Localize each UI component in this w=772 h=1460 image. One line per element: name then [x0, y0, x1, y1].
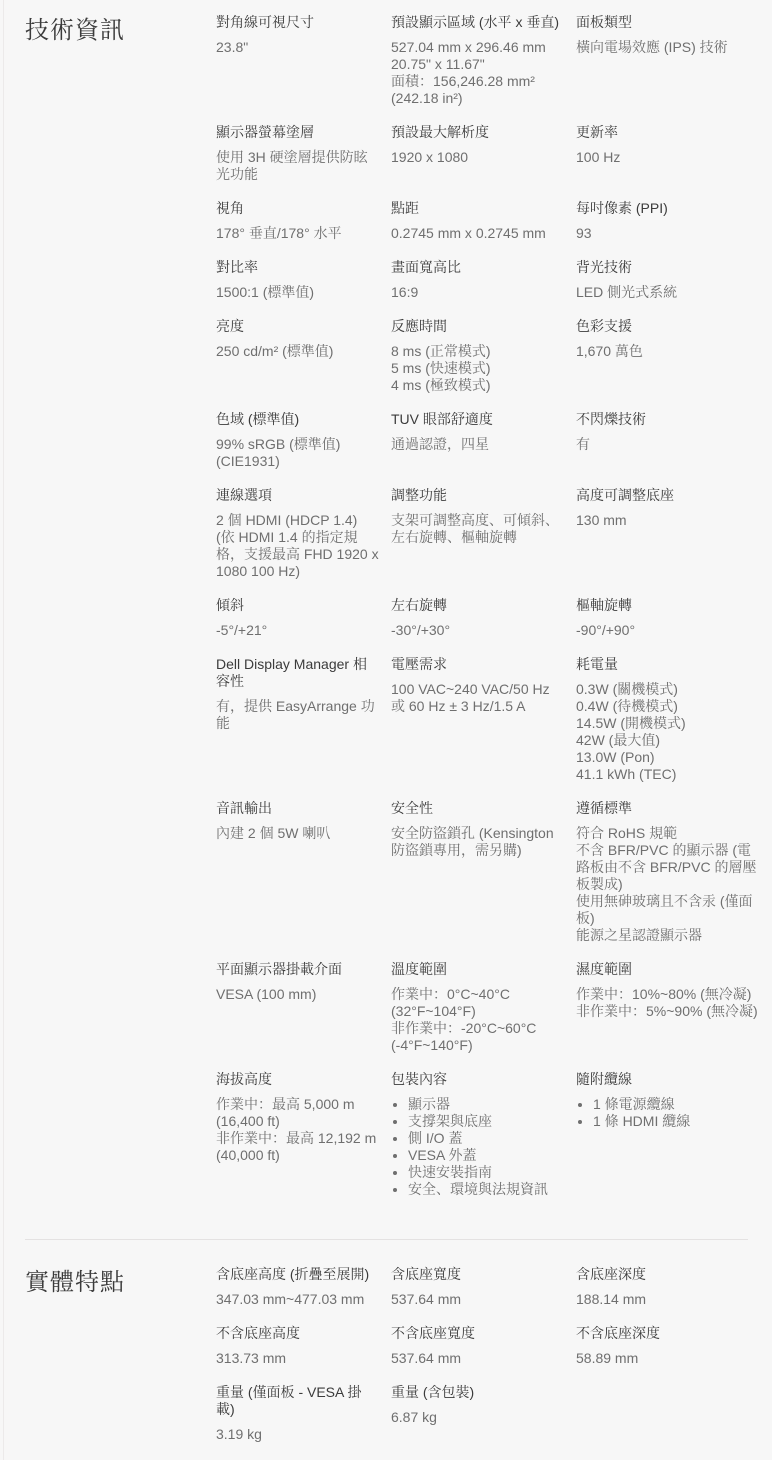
spec-value-line: VESA (100 mm) — [216, 986, 379, 1003]
spec-item: 預設最大解析度1920 x 1080 — [391, 124, 576, 183]
spec-value: 93 — [576, 225, 760, 242]
spec-bullet-list: 顯示器支撐架與底座側 I/O 蓋VESA 外蓋快速安裝指南安全、環境與法規資訊 — [391, 1096, 564, 1198]
spec-value-line: 面積：156,246.28 mm² (242.18 in²) — [391, 73, 564, 107]
spec-label: 背光技術 — [576, 259, 760, 276]
spec-item: 每吋像素 (PPI)93 — [576, 200, 772, 259]
spec-value-line: 2 個 HDMI (HDCP 1.4) (依 HDMI 1.4 的指定規格，支援… — [216, 512, 379, 580]
spec-value: -5°/+21° — [216, 622, 379, 639]
spec-value-line: 非作業中：-20°C~60°C (-4°F~140°F) — [391, 1020, 564, 1054]
spec-value-line: 符合 RoHS 規範 — [576, 825, 760, 842]
spec-value: 313.73 mm — [216, 1350, 379, 1367]
spec-value-line: 20.75" x 11.67" — [391, 56, 564, 73]
spec-value: -90°/+90° — [576, 622, 760, 639]
spec-item — [576, 1384, 772, 1401]
page-left-edge — [3, 0, 4, 1460]
spec-bullet-item: 1 條 HDMI 纜線 — [593, 1113, 760, 1130]
spec-value: 安全防盜鎖孔 (Kensington 防盜鎖專用，需另購) — [391, 825, 564, 859]
spec-rows-physical: 含底座高度 (折疊至展開)347.03 mm~477.03 mm含底座寬度537… — [216, 1266, 772, 1460]
spec-label: 不閃爍技術 — [576, 411, 760, 428]
spec-value-line: 527.04 mm x 296.46 mm — [391, 39, 564, 56]
spec-item: 海拔高度作業中：最高 5,000 m (16,400 ft)非作業中：最高 12… — [216, 1071, 391, 1181]
spec-value-line: 1,670 萬色 — [576, 343, 760, 360]
spec-bullet-list: 1 條電源纜線1 條 HDMI 纜線 — [576, 1096, 760, 1130]
spec-value: 23.8" — [216, 39, 379, 56]
spec-label: 含底座寬度 — [391, 1266, 564, 1283]
spec-value-line: 93 — [576, 225, 760, 242]
spec-row: 不含底座高度313.73 mm不含底座寬度537.64 mm不含底座深度58.8… — [216, 1325, 772, 1384]
spec-value-line: 347.03 mm~477.03 mm — [216, 1291, 379, 1308]
spec-value-line: 14.5W (開機模式) — [576, 715, 760, 732]
spec-item: 對比率1500:1 (標準值) — [216, 259, 391, 318]
spec-value-line: -30°/+30° — [391, 622, 564, 639]
spec-row: 對角線可視尺寸23.8"預設顯示區域 (水平 x 垂直)527.04 mm x … — [216, 14, 772, 124]
spec-item: 音訊輸出內建 2 個 5W 喇叭 — [216, 800, 391, 859]
section-title-physical: 實體特點 — [0, 1266, 216, 1298]
spec-value-line: 13.0W (Pon) — [576, 749, 760, 766]
section-title-technical: 技術資訊 — [0, 14, 216, 46]
spec-value: 6.87 kg — [391, 1409, 564, 1426]
spec-item: 重量 (僅面板 - VESA 掛載)3.19 kg — [216, 1384, 391, 1460]
spec-value-line: 6.87 kg — [391, 1409, 564, 1426]
spec-row: 海拔高度作業中：最高 5,000 m (16,400 ft)非作業中：最高 12… — [216, 1071, 772, 1215]
spec-value-line: 能源之星認證顯示器 — [576, 927, 760, 944]
spec-value-line: 4 ms (極致模式) — [391, 377, 564, 394]
spec-value-line: 130 mm — [576, 512, 760, 529]
spec-value-line: 作業中：最高 5,000 m (16,400 ft) — [216, 1096, 379, 1130]
spec-row: 亮度250 cd/m² (標準值)反應時間8 ms (正常模式)5 ms (快速… — [216, 318, 772, 411]
spec-value-line: 3.19 kg — [216, 1426, 379, 1443]
spec-item: 濕度範圍作業中：10%~80% (無冷凝)非作業中：5%~90% (無冷凝) — [576, 961, 772, 1037]
spec-value: 3.19 kg — [216, 1426, 379, 1443]
spec-value-line: -5°/+21° — [216, 622, 379, 639]
spec-item: 電壓需求100 VAC~240 VAC/50 Hz 或 60 Hz ± 3 Hz… — [391, 656, 576, 732]
spec-label: 不含底座深度 — [576, 1325, 760, 1342]
spec-label: 對比率 — [216, 259, 379, 276]
spec-item: 不含底座高度313.73 mm — [216, 1325, 391, 1384]
spec-value-line: 非作業中：最高 12,192 m (40,000 ft) — [216, 1130, 379, 1164]
spec-item: 含底座寬度537.64 mm — [391, 1266, 576, 1325]
spec-value-line: 非作業中：5%~90% (無冷凝) — [576, 1003, 760, 1020]
spec-value: 有，提供 EasyArrange 功能 — [216, 698, 379, 732]
spec-label: 反應時間 — [391, 318, 564, 335]
spec-item: 樞軸旋轉-90°/+90° — [576, 597, 772, 656]
spec-value-line: 0.3W (關機模式) — [576, 681, 760, 698]
spec-item: 點距0.2745 mm x 0.2745 mm — [391, 200, 576, 259]
spec-label: 顯示器螢幕塗層 — [216, 124, 379, 141]
spec-label: 包裝內容 — [391, 1071, 564, 1088]
spec-value-line: 橫向電場效應 (IPS) 技術 — [576, 39, 760, 56]
spec-value-line: LED 側光式系統 — [576, 284, 760, 301]
spec-label: 點距 — [391, 200, 564, 217]
spec-value-line: 100 Hz — [576, 149, 760, 166]
spec-item: 不含底座寬度537.64 mm — [391, 1325, 576, 1384]
spec-value: 188.14 mm — [576, 1291, 760, 1308]
spec-item: 連線選項2 個 HDMI (HDCP 1.4) (依 HDMI 1.4 的指定規… — [216, 487, 391, 597]
spec-item: 耗電量0.3W (關機模式)0.4W (待機模式)14.5W (開機模式)42W… — [576, 656, 772, 800]
spec-value-line: 作業中：0°C~40°C (32°F~104°F) — [391, 986, 564, 1020]
spec-label: 不含底座寬度 — [391, 1325, 564, 1342]
spec-value-line: 313.73 mm — [216, 1350, 379, 1367]
spec-item: 顯示器螢幕塗層使用 3H 硬塗層提供防眩光功能 — [216, 124, 391, 200]
spec-item: 更新率100 Hz — [576, 124, 772, 183]
spec-value: -30°/+30° — [391, 622, 564, 639]
spec-label: 溫度範圍 — [391, 961, 564, 978]
spec-value-line: 58.89 mm — [576, 1350, 760, 1367]
spec-value: 58.89 mm — [576, 1350, 760, 1367]
spec-label: 海拔高度 — [216, 1071, 379, 1088]
spec-label: 濕度範圍 — [576, 961, 760, 978]
spec-value-line: 使用 3H 硬塗層提供防眩光功能 — [216, 149, 379, 183]
spec-row: 視角178° 垂直/178° 水平點距0.2745 mm x 0.2745 mm… — [216, 200, 772, 259]
spec-value: 99% sRGB (標準值) (CIE1931) — [216, 436, 379, 470]
spec-label: 左右旋轉 — [391, 597, 564, 614]
spec-label: 畫面寬高比 — [391, 259, 564, 276]
spec-label: 遵循標準 — [576, 800, 760, 817]
spec-item: 調整功能支架可調整高度、可傾斜、左右旋轉、樞軸旋轉 — [391, 487, 576, 563]
spec-value: 0.3W (關機模式)0.4W (待機模式)14.5W (開機模式)42W (最… — [576, 681, 760, 783]
spec-value-line: 16:9 — [391, 284, 564, 301]
spec-value: 178° 垂直/178° 水平 — [216, 225, 379, 242]
spec-label: 高度可調整底座 — [576, 487, 760, 504]
spec-item: 反應時間8 ms (正常模式)5 ms (快速模式)4 ms (極致模式) — [391, 318, 576, 411]
spec-value-line: 支架可調整高度、可傾斜、左右旋轉、樞軸旋轉 — [391, 512, 564, 546]
spec-label: 不含底座高度 — [216, 1325, 379, 1342]
spec-value-line: 178° 垂直/178° 水平 — [216, 225, 379, 242]
spec-label: 重量 (僅面板 - VESA 掛載) — [216, 1384, 379, 1418]
spec-bullet-item: 側 I/O 蓋 — [408, 1130, 564, 1147]
spec-value: 1920 x 1080 — [391, 149, 564, 166]
spec-value: 符合 RoHS 規範不含 BFR/PVC 的顯示器 (電路板由不含 BFR/PV… — [576, 825, 760, 944]
spec-value-line: 作業中：10%~80% (無冷凝) — [576, 986, 760, 1003]
spec-label: Dell Display Manager 相容性 — [216, 656, 379, 690]
spec-value-line: 1920 x 1080 — [391, 149, 564, 166]
spec-value: 250 cd/m² (標準值) — [216, 343, 379, 360]
spec-bullet-item: 安全、環境與法規資訊 — [408, 1181, 564, 1198]
spec-value: 0.2745 mm x 0.2745 mm — [391, 225, 564, 242]
spec-value: 通過認證，四星 — [391, 436, 564, 453]
spec-value-line: 內建 2 個 5W 喇叭 — [216, 825, 379, 842]
spec-value-line: 通過認證，四星 — [391, 436, 564, 453]
spec-value: 作業中：最高 5,000 m (16,400 ft)非作業中：最高 12,192… — [216, 1096, 379, 1164]
spec-label: 樞軸旋轉 — [576, 597, 760, 614]
spec-value-line: 23.8" — [216, 39, 379, 56]
spec-value-line: 使用無砷玻璃且不含汞 (僅面板) — [576, 893, 760, 927]
spec-row: 顯示器螢幕塗層使用 3H 硬塗層提供防眩光功能預設最大解析度1920 x 108… — [216, 124, 772, 200]
spec-row: Dell Display Manager 相容性有，提供 EasyArrange… — [216, 656, 772, 800]
spec-value: VESA (100 mm) — [216, 986, 379, 1003]
spec-row: 平面顯示器掛載介面VESA (100 mm)溫度範圍作業中：0°C~40°C (… — [216, 961, 772, 1071]
spec-item: 不閃爍技術有 — [576, 411, 772, 470]
spec-row: 音訊輸出內建 2 個 5W 喇叭安全性安全防盜鎖孔 (Kensington 防盜… — [216, 800, 772, 961]
spec-item: 預設顯示區域 (水平 x 垂直)527.04 mm x 296.46 mm20.… — [391, 14, 576, 124]
spec-item: 色域 (標準值)99% sRGB (標準值) (CIE1931) — [216, 411, 391, 487]
spec-value: 130 mm — [576, 512, 760, 529]
spec-value: LED 側光式系統 — [576, 284, 760, 301]
spec-item: 不含底座深度58.89 mm — [576, 1325, 772, 1384]
spec-row: 色域 (標準值)99% sRGB (標準值) (CIE1931)TUV 眼部舒適… — [216, 411, 772, 487]
spec-item: 隨附纜線1 條電源纜線1 條 HDMI 纜線 — [576, 1071, 772, 1147]
spec-value: 支架可調整高度、可傾斜、左右旋轉、樞軸旋轉 — [391, 512, 564, 546]
spec-value: 16:9 — [391, 284, 564, 301]
spec-value: 347.03 mm~477.03 mm — [216, 1291, 379, 1308]
spec-value-line: 41.1 kWh (TEC) — [576, 766, 760, 783]
spec-label: 含底座深度 — [576, 1266, 760, 1283]
spec-label: 連線選項 — [216, 487, 379, 504]
spec-value-line: 537.64 mm — [391, 1291, 564, 1308]
spec-value-line: 100 VAC~240 VAC/50 Hz 或 60 Hz ± 3 Hz/1.5… — [391, 681, 564, 715]
spec-label: 面板類型 — [576, 14, 760, 31]
spec-value: 1,670 萬色 — [576, 343, 760, 360]
spec-label: 預設顯示區域 (水平 x 垂直) — [391, 14, 564, 31]
spec-item: 傾斜-5°/+21° — [216, 597, 391, 656]
spec-label: 預設最大解析度 — [391, 124, 564, 141]
spec-item: TUV 眼部舒適度通過認證，四星 — [391, 411, 576, 470]
spec-value: 橫向電場效應 (IPS) 技術 — [576, 39, 760, 56]
spec-row: 連線選項2 個 HDMI (HDCP 1.4) (依 HDMI 1.4 的指定規… — [216, 487, 772, 597]
spec-value-line: 42W (最大值) — [576, 732, 760, 749]
spec-bullet-item: 支撐架與底座 — [408, 1113, 564, 1130]
spec-value-line: 5 ms (快速模式) — [391, 360, 564, 377]
spec-value-line: 537.64 mm — [391, 1350, 564, 1367]
spec-row: 含底座高度 (折疊至展開)347.03 mm~477.03 mm含底座寬度537… — [216, 1266, 772, 1325]
spec-label: 色域 (標準值) — [216, 411, 379, 428]
spec-item: Dell Display Manager 相容性有，提供 EasyArrange… — [216, 656, 391, 749]
spec-label: 隨附纜線 — [576, 1071, 760, 1088]
section-physical-features: 實體特點 含底座高度 (折疊至展開)347.03 mm~477.03 mm含底座… — [0, 1240, 772, 1460]
spec-value-line: 99% sRGB (標準值) (CIE1931) — [216, 436, 379, 470]
spec-item: 畫面寬高比16:9 — [391, 259, 576, 318]
spec-label: 重量 (含包裝) — [391, 1384, 564, 1401]
spec-item: 安全性安全防盜鎖孔 (Kensington 防盜鎖專用，需另購) — [391, 800, 576, 876]
spec-value: 內建 2 個 5W 喇叭 — [216, 825, 379, 842]
spec-value: 使用 3H 硬塗層提供防眩光功能 — [216, 149, 379, 183]
spec-row: 重量 (僅面板 - VESA 掛載)3.19 kg重量 (含包裝)6.87 kg — [216, 1384, 772, 1460]
spec-label: 亮度 — [216, 318, 379, 335]
spec-item: 包裝內容顯示器支撐架與底座側 I/O 蓋VESA 外蓋快速安裝指南安全、環境與法… — [391, 1071, 576, 1215]
spec-label: 安全性 — [391, 800, 564, 817]
spec-value: 作業中：0°C~40°C (32°F~104°F)非作業中：-20°C~60°C… — [391, 986, 564, 1054]
spec-label: 平面顯示器掛載介面 — [216, 961, 379, 978]
spec-label: 音訊輸出 — [216, 800, 379, 817]
spec-value: 537.64 mm — [391, 1350, 564, 1367]
spec-label: 含底座高度 (折疊至展開) — [216, 1266, 379, 1283]
spec-bullet-item: VESA 外蓋 — [408, 1147, 564, 1164]
spec-value-line: 1500:1 (標準值) — [216, 284, 379, 301]
spec-label: 電壓需求 — [391, 656, 564, 673]
spec-label: 色彩支援 — [576, 318, 760, 335]
spec-value-line: -90°/+90° — [576, 622, 760, 639]
spec-value: 有 — [576, 436, 760, 453]
spec-item: 面板類型橫向電場效應 (IPS) 技術 — [576, 14, 772, 73]
section-technical-info: 技術資訊 對角線可視尺寸23.8"預設顯示區域 (水平 x 垂直)527.04 … — [0, 14, 772, 1215]
spec-item: 含底座高度 (折疊至展開)347.03 mm~477.03 mm — [216, 1266, 391, 1325]
spec-item: 重量 (含包裝)6.87 kg — [391, 1384, 576, 1443]
spec-label: 更新率 — [576, 124, 760, 141]
spec-row: 傾斜-5°/+21°左右旋轉-30°/+30°樞軸旋轉-90°/+90° — [216, 597, 772, 656]
spec-bullet-item: 快速安裝指南 — [408, 1164, 564, 1181]
spec-item: 溫度範圍作業中：0°C~40°C (32°F~104°F)非作業中：-20°C~… — [391, 961, 576, 1071]
spec-value: 537.64 mm — [391, 1291, 564, 1308]
spec-value-line: 有 — [576, 436, 760, 453]
spec-item: 含底座深度188.14 mm — [576, 1266, 772, 1325]
spec-label: 調整功能 — [391, 487, 564, 504]
spec-item: 對角線可視尺寸23.8" — [216, 14, 391, 73]
spec-row: 對比率1500:1 (標準值)畫面寬高比16:9背光技術LED 側光式系統 — [216, 259, 772, 318]
spec-item: 平面顯示器掛載介面VESA (100 mm) — [216, 961, 391, 1020]
spec-label: 對角線可視尺寸 — [216, 14, 379, 31]
spec-item: 左右旋轉-30°/+30° — [391, 597, 576, 656]
spec-value: 100 VAC~240 VAC/50 Hz 或 60 Hz ± 3 Hz/1.5… — [391, 681, 564, 715]
spec-item: 亮度250 cd/m² (標準值) — [216, 318, 391, 377]
spec-item: 背光技術LED 側光式系統 — [576, 259, 772, 318]
spec-value: 100 Hz — [576, 149, 760, 166]
spec-item: 遵循標準符合 RoHS 規範不含 BFR/PVC 的顯示器 (電路板由不含 BF… — [576, 800, 772, 961]
spec-rows-technical: 對角線可視尺寸23.8"預設顯示區域 (水平 x 垂直)527.04 mm x … — [216, 14, 772, 1215]
spec-value-line: 安全防盜鎖孔 (Kensington 防盜鎖專用，需另購) — [391, 825, 564, 859]
spec-item: 高度可調整底座130 mm — [576, 487, 772, 546]
spec-value: 1500:1 (標準值) — [216, 284, 379, 301]
spec-value-line: 250 cd/m² (標準值) — [216, 343, 379, 360]
spec-value-line: 8 ms (正常模式) — [391, 343, 564, 360]
spec-value-line: 不含 BFR/PVC 的顯示器 (電路板由不含 BFR/PVC 的層壓板製成) — [576, 842, 760, 893]
spec-value: 527.04 mm x 296.46 mm20.75" x 11.67"面積：1… — [391, 39, 564, 107]
spec-value: 作業中：10%~80% (無冷凝)非作業中：5%~90% (無冷凝) — [576, 986, 760, 1020]
spec-item: 色彩支援1,670 萬色 — [576, 318, 772, 377]
spec-label: 傾斜 — [216, 597, 379, 614]
spec-label: TUV 眼部舒適度 — [391, 411, 564, 428]
spec-page: 技術資訊 對角線可視尺寸23.8"預設顯示區域 (水平 x 垂直)527.04 … — [0, 0, 772, 1460]
spec-value: 8 ms (正常模式)5 ms (快速模式)4 ms (極致模式) — [391, 343, 564, 394]
spec-value-line: 0.2745 mm x 0.2745 mm — [391, 225, 564, 242]
spec-value-line: 有，提供 EasyArrange 功能 — [216, 698, 379, 732]
spec-label: 耗電量 — [576, 656, 760, 673]
spec-bullet-item: 1 條電源纜線 — [593, 1096, 760, 1113]
spec-value-line: 0.4W (待機模式) — [576, 698, 760, 715]
spec-label: 視角 — [216, 200, 379, 217]
spec-value: 2 個 HDMI (HDCP 1.4) (依 HDMI 1.4 的指定規格，支援… — [216, 512, 379, 580]
spec-item: 視角178° 垂直/178° 水平 — [216, 200, 391, 259]
spec-label: 每吋像素 (PPI) — [576, 200, 760, 217]
spec-bullet-item: 顯示器 — [408, 1096, 564, 1113]
spec-value-line: 188.14 mm — [576, 1291, 760, 1308]
